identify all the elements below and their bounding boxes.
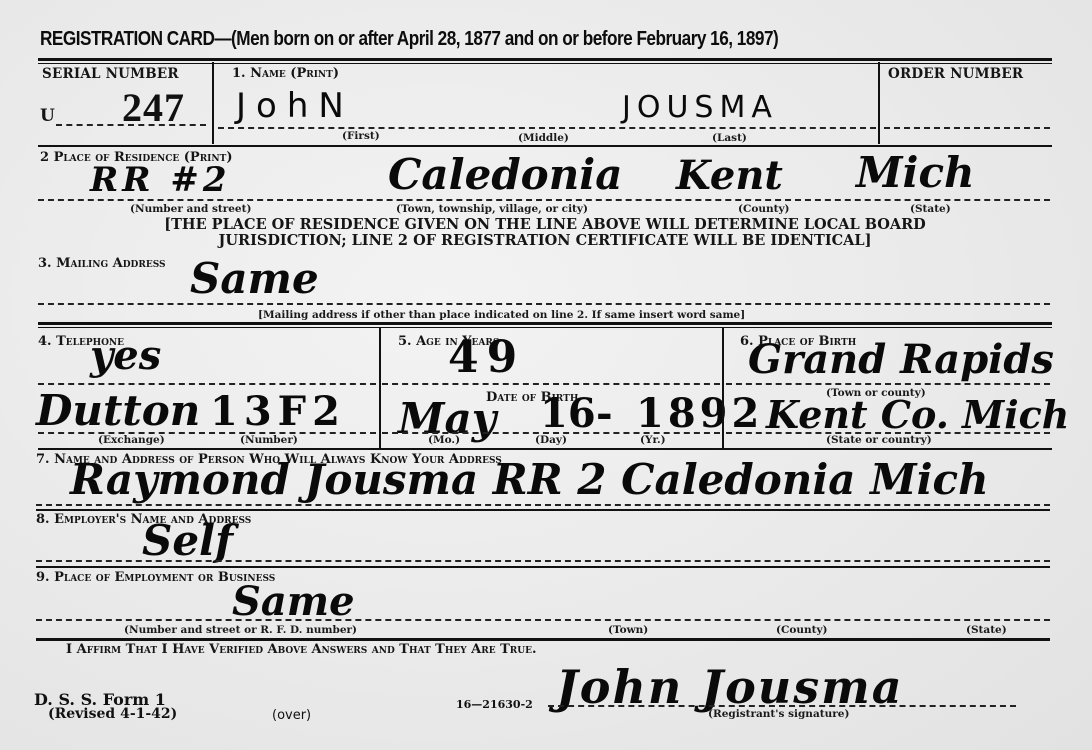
age-line — [382, 383, 720, 385]
telephone-number-value[interactable]: 13F2 — [210, 388, 346, 435]
last-caption: (Last) — [712, 132, 747, 144]
signature-caption: (Registrant's signature) — [708, 708, 849, 720]
first-name-value[interactable]: JohN — [236, 86, 354, 126]
residence-state-value[interactable]: Mich — [856, 148, 975, 197]
employment-line — [36, 619, 1050, 621]
contact-value[interactable]: Raymond Jousma RR 2 Caledonia Mich — [70, 455, 989, 504]
affirmation-text: I Affirm That I Have Verified Above Answ… — [66, 642, 537, 657]
middle-caption: (Middle) — [518, 132, 569, 144]
residence-street-caption: (Number and street) — [130, 203, 251, 215]
residence-notice-line1: [THE PLACE OF RESIDENCE GIVEN ON THE LIN… — [100, 217, 990, 233]
order-divider — [878, 62, 880, 144]
birthplace-state-value[interactable]: Kent Co. Mich — [766, 392, 1069, 437]
residence-street-value[interactable]: RR #2 — [90, 160, 231, 200]
birthplace-town-value[interactable]: Grand Rapids — [748, 336, 1054, 383]
age-birth-divider — [722, 328, 724, 448]
form-revision: (Revised 4-1-42) — [48, 706, 177, 722]
employment-town-caption: (Town) — [608, 624, 648, 636]
rule-after-birth — [38, 448, 1052, 450]
over-note: (over) — [272, 708, 311, 723]
rule-after-employer — [36, 566, 1050, 568]
residence-state-caption: (State) — [910, 203, 951, 215]
number-caption: (Number) — [240, 434, 298, 446]
rule-after-employment — [36, 638, 1050, 641]
telephone-exchange-value[interactable]: Dutton — [36, 386, 200, 435]
serial-divider — [212, 62, 214, 144]
employment-value[interactable]: Same — [232, 578, 355, 625]
dob-day-value[interactable]: 16 — [540, 390, 596, 437]
registration-card: REGISTRATION CARD—(Men born on or after … — [0, 0, 1092, 750]
telephone-line — [38, 383, 376, 385]
dob-year-caption: (Yr.) — [640, 434, 666, 446]
mailing-address-label: 3. Mailing Address — [38, 256, 166, 271]
order-number-line[interactable] — [884, 127, 1050, 129]
signature-line — [548, 705, 1016, 707]
residence-town-value[interactable]: Caledonia — [388, 150, 622, 199]
rule-after-contact — [36, 509, 1050, 511]
employer-line — [36, 560, 1050, 562]
residence-notice-line2: JURISDICTION; LINE 2 OF REGISTRATION CER… — [100, 233, 990, 249]
residence-notice: [THE PLACE OF RESIDENCE GIVEN ON THE LIN… — [100, 217, 990, 249]
dob-month-caption: (Mo.) — [428, 434, 460, 446]
residence-county-value[interactable]: Kent — [676, 152, 783, 199]
employer-value[interactable]: Self — [142, 516, 233, 565]
top-rule-thin — [38, 63, 1052, 64]
exchange-line — [38, 432, 376, 434]
card-title: REGISTRATION CARD—(Men born on or after … — [40, 28, 778, 51]
age-value[interactable]: 49 — [448, 332, 525, 383]
mailing-caption: [Mailing address if other than place ind… — [258, 309, 745, 321]
rule-after-name — [38, 145, 1052, 147]
serial-prefix: U — [40, 106, 55, 126]
rule-after-mailing — [38, 322, 1052, 325]
birthplace-town-line — [726, 383, 1050, 385]
print-code: 16—21630-2 — [456, 698, 533, 711]
name-line — [218, 127, 876, 129]
employment-state-caption: (State) — [966, 624, 1007, 636]
residence-county-caption: (County) — [738, 203, 790, 215]
serial-number-value[interactable]: 247 — [122, 84, 185, 131]
dob-dash: - — [596, 390, 613, 437]
employment-county-caption: (County) — [776, 624, 828, 636]
name-label: 1. Name (Print) — [232, 66, 339, 81]
rule-after-mailing-thin — [38, 327, 1052, 328]
residence-town-caption: (Town, township, village, or city) — [396, 203, 588, 215]
dob-year-value[interactable]: 1892 — [636, 390, 763, 437]
employment-street-caption: (Number and street or R. F. D. number) — [124, 624, 357, 636]
top-rule — [38, 58, 1052, 61]
mailing-address-value[interactable]: Same — [190, 254, 319, 303]
contact-line — [36, 504, 1050, 506]
mailing-line — [38, 303, 1050, 305]
exchange-caption: (Exchange) — [98, 434, 165, 446]
order-number-label: ORDER NUMBER — [888, 66, 1023, 82]
birthplace-state-caption: (State or country) — [826, 434, 932, 446]
first-caption: (First) — [342, 130, 380, 142]
residence-line — [38, 199, 1050, 201]
telephone-value[interactable]: yes — [90, 332, 161, 379]
serial-number-label: SERIAL NUMBER — [42, 66, 179, 82]
dob-day-caption: (Day) — [535, 434, 567, 446]
last-name-value[interactable]: JOUSMA — [622, 90, 778, 125]
telephone-age-divider — [379, 328, 381, 448]
